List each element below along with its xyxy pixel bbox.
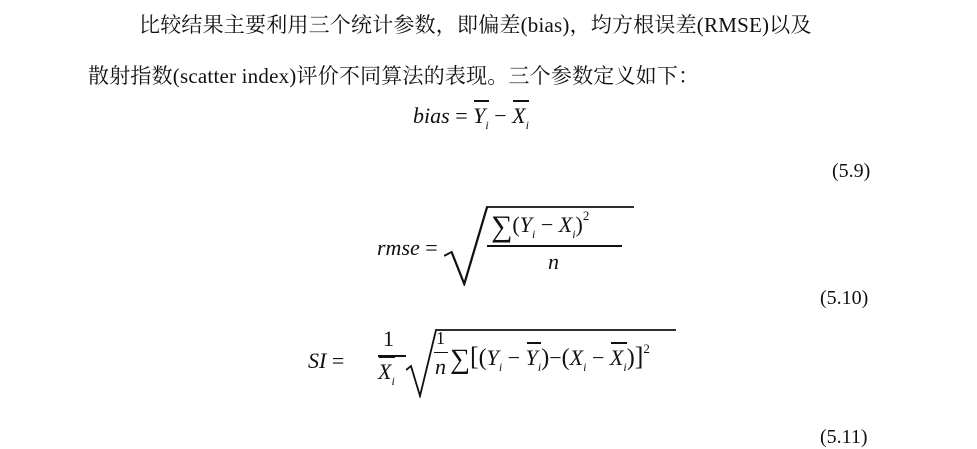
equation-scatter-index: SI = 1 Xi 1 n ∑[(Yi − Yi)−(Xi − Xi)]2 (308, 326, 708, 416)
equation-bias: bias = Yi − Xi (413, 103, 529, 133)
equation-number-5-11: (5.11) (820, 426, 868, 449)
paragraph-line-1: 比较结果主要利用三个统计参数，即偏差(bias)，均方根误差(RMSE)以及 (139, 9, 812, 39)
rmse-numerator: ∑(Yi − Xi)2 (491, 208, 589, 244)
equation-number-5-9: (5.9) (832, 160, 870, 183)
y-mean: Yi (473, 103, 489, 133)
minus-sign: − (494, 103, 506, 128)
frac1-numerator: 1 (383, 326, 394, 352)
si-body: ∑[(Yi − Yi)−(Xi − Xi)]2 (450, 341, 650, 376)
equation-number-5-10: (5.10) (820, 287, 868, 310)
paragraph-line-2: 散射指数(scatter index)评价不同算法的表现。三个参数定义如下： (88, 60, 699, 90)
frac2-numerator: 1 (436, 328, 445, 349)
rmse-lhs: rmse = (377, 235, 438, 261)
si-lhs: SI = (308, 348, 344, 374)
frac2-denominator: n (435, 354, 446, 380)
rmse-denominator: n (548, 249, 559, 275)
x-mean: Xi (512, 103, 529, 133)
equation-rmse: rmse = ∑(Yi − Xi)2 n (377, 200, 637, 290)
equals-sign: = (455, 103, 467, 128)
frac1-denominator: Xi (378, 359, 395, 389)
bias-lhs: bias (413, 103, 450, 128)
fraction-bar (487, 245, 622, 247)
